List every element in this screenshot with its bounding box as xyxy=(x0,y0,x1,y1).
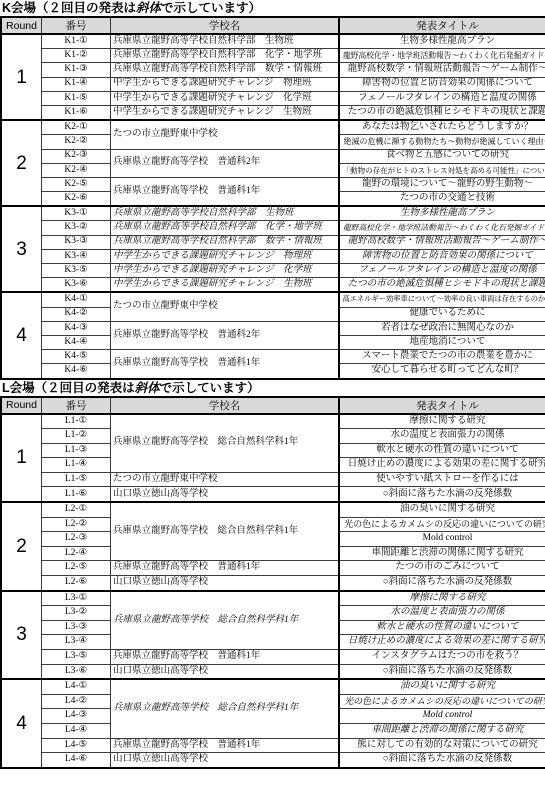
presentation-title-cell: 龍野高校化学・地学班活動報告～わくわく化石発掘ガイド～ xyxy=(339,49,545,63)
entry-number-cell: K3-① xyxy=(42,206,111,221)
table-row: K3-⑤中学生からできる課題研究チャレンジ 化学班フェノールフタレインの構造と温… xyxy=(1,264,545,278)
entry-number-cell: K2-④ xyxy=(42,163,111,177)
k-table-header: Round番号学校名発表タイトル xyxy=(1,17,545,34)
presentation-title-cell: インスタグラムはたつの市を救う？ xyxy=(339,650,545,665)
presentation-title-cell: 地産地消について xyxy=(339,335,545,349)
table-row: L3-⑤兵庫県立龍野高等学校 普通科1年インスタグラムはたつの市を救う？ xyxy=(1,650,545,665)
table-row: L3-⑥山口県立徳山高等学校○斜面に落ちた水滴の反発係数 xyxy=(1,664,545,679)
round-number-cell: 1 xyxy=(1,34,42,120)
venue-title-k-prefix: K会場（２回目の発表は xyxy=(2,1,136,15)
entry-number-cell: L4-① xyxy=(42,679,111,694)
school-cell: 兵庫県立龍野高等学校 普通科1年 xyxy=(111,561,340,576)
presentation-title-cell: たつの市の絶滅危惧種ヒシモドキの現状と課題 xyxy=(339,105,545,120)
presentation-title-cell: フェノールフタレインの構造と温度の関係 xyxy=(339,91,545,105)
round-number-cell: 2 xyxy=(1,120,42,206)
entry-number-cell: K1-⑤ xyxy=(42,91,111,105)
presentation-title-cell: 油の臭いに関する研究 xyxy=(339,502,545,517)
entry-number-cell: K4-⑤ xyxy=(42,350,111,364)
table-row: K4-⑤兵庫県立龍野高等学校 普通科1年スマート農業でたつの市の農業を豊かに xyxy=(1,350,545,364)
entry-number-cell: K2-⑤ xyxy=(42,177,111,191)
entry-number-cell: L1-① xyxy=(42,414,111,429)
entry-number-cell: L2-③ xyxy=(42,532,111,547)
presentation-title-cell: 龍野の環境について～龍野の野生動物～ xyxy=(339,177,545,191)
entry-number-cell: L3-① xyxy=(42,591,111,606)
k-table-body: 1K1-①兵庫県立龍野高等学校自然科学部 生物班生物多様性龍高プランK1-②兵庫… xyxy=(1,34,545,379)
venue-title-k-italic-word: 斜体 xyxy=(136,1,161,15)
school-cell: 山口県立徳山高等学校 xyxy=(111,664,340,679)
presentation-title-cell: 日焼け止めの濃度による効果の差に関する研究 xyxy=(339,458,545,473)
k-venue-schedule-table: Round番号学校名発表タイトル 1K1-①兵庫県立龍野高等学校自然科学部 生物… xyxy=(0,16,545,380)
entry-number-cell: K1-① xyxy=(42,34,111,49)
table-row: L2-⑥山口県立徳山高等学校○斜面に落ちた水滴の反発係数 xyxy=(1,576,545,591)
table-row: L4-⑥山口県立徳山高等学校○斜面に落ちた水滴の反発係数 xyxy=(1,753,545,768)
school-cell: 兵庫県立龍野高等学校 普通科1年 xyxy=(111,650,340,665)
table-row: K3-②兵庫県立龍野高等学校自然科学部 化学・地学班龍野高校化学・地学班活動報告… xyxy=(1,221,545,235)
table-row: K1-⑥中学生からできる課題研究チャレンジ 生物班たつの市の絶滅危惧種ヒシモドキ… xyxy=(1,105,545,120)
entry-number-cell: L1-③ xyxy=(42,443,111,458)
entry-number-cell: K1-⑥ xyxy=(42,105,111,120)
school-cell: たつの市立龍野東中学校 xyxy=(111,472,340,487)
entry-number-cell: L2-⑥ xyxy=(42,576,111,591)
presentation-title-cell: 安心して暮らせる町ってどんな町？ xyxy=(339,364,545,379)
school-cell: 中学生からできる課題研究チャレンジ 物理班 xyxy=(111,249,340,263)
entry-number-cell: L2-⑤ xyxy=(42,561,111,576)
presentation-title-cell: 油の臭いに関する研究 xyxy=(339,679,545,694)
presentation-title-cell: ○斜面に落ちた水滴の反発係数 xyxy=(339,664,545,679)
school-cell: 兵庫県立龍野高等学校 普通科1年 xyxy=(111,177,340,206)
school-cell: 中学生からできる課題研究チャレンジ 生物班 xyxy=(111,278,340,293)
presentation-title-cell: 光の色によるカメムシの反応の違いについての研究 xyxy=(339,694,545,709)
table-row: L4-⑤兵庫県立龍野高等学校 普通科1年熊に対しての有効的な対策についての研究 xyxy=(1,738,545,753)
table-row: 3L3-①兵庫県立龍野高等学校 総合自然科学科1年摩擦に関する研究 xyxy=(1,591,545,606)
school-cell: 兵庫県立龍野高等学校自然科学部 数学・情報班 xyxy=(111,235,340,249)
venue-title-k-suffix: で示しています） xyxy=(161,1,261,15)
entry-number-cell: K2-③ xyxy=(42,149,111,163)
table-row: 4K4-①たつの市立龍野東中学校高エネルギー効率車について～効率の良い車両は存在… xyxy=(1,292,545,307)
school-cell: 兵庫県立龍野高等学校 普通科1年 xyxy=(111,350,340,379)
entry-number-cell: K3-⑥ xyxy=(42,278,111,293)
presentation-title-cell: 障害物の位置と防音効果の関係について xyxy=(339,249,545,263)
l-table-body: 1L1-①兵庫県立龍野高等学校 総合自然科学科1年摩擦に関する研究L1-②水の温… xyxy=(1,414,545,768)
table-row: K2-⑤兵庫県立龍野高等学校 普通科1年龍野の環境について～龍野の野生動物～ xyxy=(1,177,545,191)
entry-number-cell: K1-② xyxy=(42,49,111,63)
school-cell: 兵庫県立龍野高等学校 普通科1年 xyxy=(111,738,340,753)
header-row: Round番号学校名発表タイトル xyxy=(1,397,545,414)
l-venue-section: L会場（２回目の発表は斜体で示しています） Round番号学校名発表タイトル 1… xyxy=(0,380,545,769)
venue-title-l-prefix: L会場（２回目の発表は xyxy=(2,381,135,395)
presentation-title-cell: 龍野高校数学・情報班活動報告～ゲーム制作～ xyxy=(339,63,545,77)
entry-number-cell: L1-② xyxy=(42,429,111,444)
table-row: L1-⑥山口県立徳山高等学校○斜面に落ちた水滴の反発係数 xyxy=(1,487,545,502)
presentation-title-cell: 若者はなぜ政治に無関心なのか xyxy=(339,321,545,335)
presentation-title-cell: 車間距離と渋滞の関係に関する研究 xyxy=(339,546,545,561)
entry-number-cell: L4-④ xyxy=(42,723,111,738)
school-cell: 兵庫県立龍野高等学校 総合自然科学科1年 xyxy=(111,679,340,738)
entry-number-cell: K3-⑤ xyxy=(42,264,111,278)
table-row: K1-③兵庫県立龍野高等学校自然科学部 数学・情報班龍野高校数学・情報班活動報告… xyxy=(1,63,545,77)
school-cell: 兵庫県立龍野高等学校 総合自然科学科1年 xyxy=(111,414,340,473)
school-cell: 山口県立徳山高等学校 xyxy=(111,576,340,591)
presentation-title-cell: 軟水と硬水の性質の違いについて xyxy=(339,620,545,635)
table-row: 2K2-①たつの市立龍野東中学校あなたは物乞いされたらどうしますか？ xyxy=(1,120,545,135)
presentation-title-cell: 摩擦に関する研究 xyxy=(339,414,545,429)
entry-number-cell: L4-⑤ xyxy=(42,738,111,753)
presentation-title-cell: Mold control xyxy=(339,709,545,724)
school-cell: 兵庫県立龍野高等学校 総合自然科学科1年 xyxy=(111,502,340,561)
presentation-title-cell: 水の温度と表面張力の関係 xyxy=(339,606,545,621)
k-venue-section: K会場（２回目の発表は斜体で示しています） Round番号学校名発表タイトル 1… xyxy=(0,0,545,380)
column-header: 番号 xyxy=(42,397,111,414)
entry-number-cell: L2-④ xyxy=(42,546,111,561)
presentation-title-cell: たつの市の絶滅危惧種ヒシモドキの現状と課題 xyxy=(339,278,545,293)
column-header: 発表タイトル xyxy=(339,397,545,414)
entry-number-cell: L1-⑥ xyxy=(42,487,111,502)
venue-title-l-suffix: で示しています） xyxy=(160,381,260,395)
school-cell: 山口県立徳山高等学校 xyxy=(111,487,340,502)
entry-number-cell: K4-② xyxy=(42,307,111,321)
table-row: K3-④中学生からできる課題研究チャレンジ 物理班障害物の位置と防音効果の関係に… xyxy=(1,249,545,263)
entry-number-cell: L3-④ xyxy=(42,635,111,650)
venue-title-l-italic-word: 斜体 xyxy=(135,381,160,395)
header-row: Round番号学校名発表タイトル xyxy=(1,17,545,34)
presentation-title-cell: 絶滅の危機に瀕する動物たち～動物が絶滅していく理由～ xyxy=(339,135,545,149)
column-header: 学校名 xyxy=(111,397,340,414)
l-table-header: Round番号学校名発表タイトル xyxy=(1,397,545,414)
school-cell: 兵庫県立龍野高等学校 普通科2年 xyxy=(111,321,340,349)
school-cell: 兵庫県立龍野高等学校自然科学部 化学・地学班 xyxy=(111,49,340,63)
table-row: 2L2-①兵庫県立龍野高等学校 総合自然科学科1年油の臭いに関する研究 xyxy=(1,502,545,517)
table-row: 4L4-①兵庫県立龍野高等学校 総合自然科学科1年油の臭いに関する研究 xyxy=(1,679,545,694)
column-header: 番号 xyxy=(42,17,111,34)
presentation-title-cell: ○斜面に落ちた水滴の反発係数 xyxy=(339,753,545,768)
entry-number-cell: L2-① xyxy=(42,502,111,517)
school-cell: 兵庫県立龍野高等学校 普通科2年 xyxy=(111,149,340,177)
entry-number-cell: K4-① xyxy=(42,292,111,307)
entry-number-cell: K2-① xyxy=(42,120,111,135)
presentation-title-cell: 食べ物と五感についての研究 xyxy=(339,149,545,163)
table-row: K3-⑥中学生からできる課題研究チャレンジ 生物班たつの市の絶滅危惧種ヒシモドキ… xyxy=(1,278,545,293)
entry-number-cell: L3-③ xyxy=(42,620,111,635)
presentation-title-cell: たつの市の交通と技術 xyxy=(339,192,545,207)
round-number-cell: 4 xyxy=(1,292,42,378)
round-number-cell: 3 xyxy=(1,206,42,292)
presentation-title-cell: 龍野高校化学・地学班活動報告～わくわく化石発掘ガイド～ xyxy=(339,221,545,235)
presentation-title-cell: 障害物の位置と防音効果の関係について xyxy=(339,77,545,91)
entry-number-cell: L3-② xyxy=(42,606,111,621)
presentation-title-cell: 日焼け止めの濃度による効果の差に関する研究 xyxy=(339,635,545,650)
table-row: 1L1-①兵庫県立龍野高等学校 総合自然科学科1年摩擦に関する研究 xyxy=(1,414,545,429)
round-number-cell: 4 xyxy=(1,679,42,768)
table-row: K3-③兵庫県立龍野高等学校自然科学部 数学・情報班龍野高校数学・情報班活動報告… xyxy=(1,235,545,249)
table-row: K1-⑤中学生からできる課題研究チャレンジ 化学班フェノールフタレインの構造と温… xyxy=(1,91,545,105)
round-number-cell: 3 xyxy=(1,591,42,680)
entry-number-cell: L4-② xyxy=(42,694,111,709)
presentation-title-cell: 高エネルギー効率車について～効率の良い車両は存在するのか～ xyxy=(339,292,545,307)
entry-number-cell: K3-② xyxy=(42,221,111,235)
presentation-title-cell: スマート農業でたつの市の農業を豊かに xyxy=(339,350,545,364)
column-header: 発表タイトル xyxy=(339,17,545,34)
entry-number-cell: K4-④ xyxy=(42,335,111,349)
l-venue-schedule-table: Round番号学校名発表タイトル 1L1-①兵庫県立龍野高等学校 総合自然科学科… xyxy=(0,396,545,769)
presentation-title-cell: たつの市のごみについて xyxy=(339,561,545,576)
column-header: Round xyxy=(1,397,42,414)
entry-number-cell: K1-④ xyxy=(42,77,111,91)
entry-number-cell: K1-③ xyxy=(42,63,111,77)
entry-number-cell: L2-② xyxy=(42,517,111,532)
presentation-title-cell: ○斜面に落ちた水滴の反発係数 xyxy=(339,576,545,591)
entry-number-cell: K3-④ xyxy=(42,249,111,263)
presentation-title-cell: Mold control xyxy=(339,532,545,547)
school-cell: たつの市立龍野東中学校 xyxy=(111,120,340,149)
presentation-title-cell: 車間距離と渋滞の関係に関する研究 xyxy=(339,723,545,738)
presentation-title-cell: 「動物の存在がヒトのストレス対処を高める可能性」について xyxy=(339,163,545,177)
entry-number-cell: L4-⑥ xyxy=(42,753,111,768)
presentation-title-cell: 光の色によるカメムシの反応の違いについての研究 xyxy=(339,517,545,532)
presentation-title-cell: 軟水と硬水の性質の違いについて xyxy=(339,443,545,458)
table-row: L1-⑤たつの市立龍野東中学校使いやすい紙ストローを作るには xyxy=(1,472,545,487)
entry-number-cell: L3-⑥ xyxy=(42,664,111,679)
school-cell: 兵庫県立龍野高等学校自然科学部 数学・情報班 xyxy=(111,63,340,77)
school-cell: たつの市立龍野東中学校 xyxy=(111,292,340,321)
table-row: K1-②兵庫県立龍野高等学校自然科学部 化学・地学班龍野高校化学・地学班活動報告… xyxy=(1,49,545,63)
school-cell: 兵庫県立龍野高等学校自然科学部 生物班 xyxy=(111,34,340,49)
presentation-title-cell: フェノールフタレインの構造と温度の関係 xyxy=(339,264,545,278)
entry-number-cell: L3-⑤ xyxy=(42,650,111,665)
presentation-title-cell: 生物多様性龍高プラン xyxy=(339,34,545,49)
presentation-title-cell: ○斜面に落ちた水滴の反発係数 xyxy=(339,487,545,502)
school-cell: 中学生からできる課題研究チャレンジ 生物班 xyxy=(111,105,340,120)
column-header: Round xyxy=(1,17,42,34)
entry-number-cell: K4-⑥ xyxy=(42,364,111,379)
presentation-title-cell: 生物多様性龍高プラン xyxy=(339,206,545,221)
entry-number-cell: L4-③ xyxy=(42,709,111,724)
presentation-title-cell: 使いやすい紙ストローを作るには xyxy=(339,472,545,487)
table-row: 1K1-①兵庫県立龍野高等学校自然科学部 生物班生物多様性龍高プラン xyxy=(1,34,545,49)
venue-title-k: K会場（２回目の発表は斜体で示しています） xyxy=(0,0,545,16)
table-row: L2-⑤兵庫県立龍野高等学校 普通科1年たつの市のごみについて xyxy=(1,561,545,576)
round-number-cell: 1 xyxy=(1,414,42,503)
presentation-title-cell: 龍野高校数学・情報班活動報告～ゲーム制作～ xyxy=(339,235,545,249)
table-row: K4-③兵庫県立龍野高等学校 普通科2年若者はなぜ政治に無関心なのか xyxy=(1,321,545,335)
entry-number-cell: L1-⑤ xyxy=(42,472,111,487)
school-cell: 山口県立徳山高等学校 xyxy=(111,753,340,768)
presentation-title-cell: 摩擦に関する研究 xyxy=(339,591,545,606)
entry-number-cell: K4-③ xyxy=(42,321,111,335)
round-number-cell: 2 xyxy=(1,502,42,591)
school-cell: 中学生からできる課題研究チャレンジ 化学班 xyxy=(111,91,340,105)
presentation-title-cell: 水の温度と表面張力の関係 xyxy=(339,429,545,444)
table-row: K2-③兵庫県立龍野高等学校 普通科2年食べ物と五感についての研究 xyxy=(1,149,545,163)
school-cell: 兵庫県立龍野高等学校自然科学部 生物班 xyxy=(111,206,340,221)
entry-number-cell: L1-④ xyxy=(42,458,111,473)
venue-title-l: L会場（２回目の発表は斜体で示しています） xyxy=(0,380,545,396)
entry-number-cell: K2-② xyxy=(42,135,111,149)
presentation-title-cell: 熊に対しての有効的な対策についての研究 xyxy=(339,738,545,753)
school-cell: 兵庫県立龍野高等学校 総合自然科学科1年 xyxy=(111,591,340,650)
entry-number-cell: K3-③ xyxy=(42,235,111,249)
table-row: 3K3-①兵庫県立龍野高等学校自然科学部 生物班生物多様性龍高プラン xyxy=(1,206,545,221)
column-header: 学校名 xyxy=(111,17,340,34)
school-cell: 兵庫県立龍野高等学校自然科学部 化学・地学班 xyxy=(111,221,340,235)
school-cell: 中学生からできる課題研究チャレンジ 物理班 xyxy=(111,77,340,91)
presentation-title-cell: あなたは物乞いされたらどうしますか？ xyxy=(339,120,545,135)
school-cell: 中学生からできる課題研究チャレンジ 化学班 xyxy=(111,264,340,278)
presentation-title-cell: 健康でいるために xyxy=(339,307,545,321)
entry-number-cell: K2-⑥ xyxy=(42,192,111,207)
table-row: K1-④中学生からできる課題研究チャレンジ 物理班障害物の位置と防音効果の関係に… xyxy=(1,77,545,91)
